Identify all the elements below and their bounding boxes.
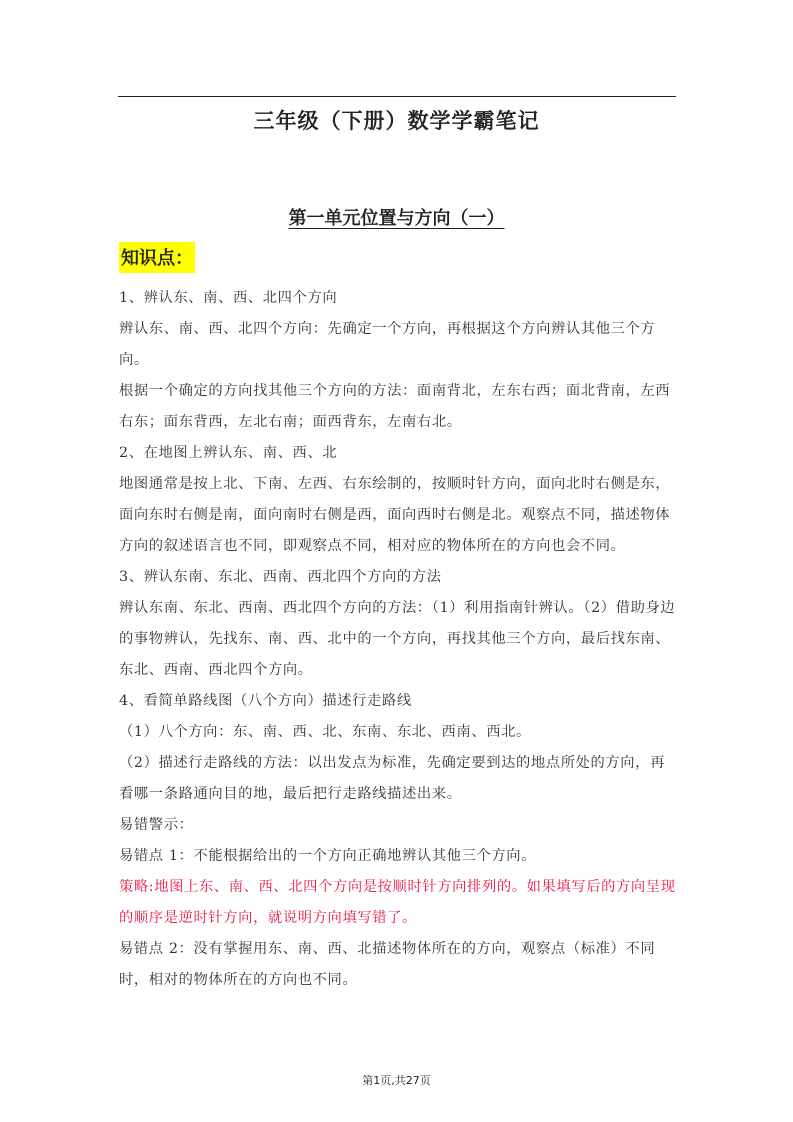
- paragraph: 3、辨认东南、东北、西南、西北四个方向的方法: [119, 562, 679, 593]
- paragraph: 根据一个确定的方向找其他三个方向的方法：面南背北，左东右西；面北背南，左西右东；…: [119, 376, 679, 438]
- strategy-paragraph: 策略:地图上东、南、西、北四个方向是按顺时针方向排列的。如果填写后的方向呈现的顺…: [119, 872, 679, 934]
- paragraph: 1、辨认东、南、西、北四个方向: [119, 283, 679, 314]
- paragraph: （1）八个方向：东、南、西、北、东南、东北、西南、西北。: [119, 717, 679, 748]
- paragraph: 2、在地图上辨认东、南、西、北: [119, 438, 679, 469]
- unit-heading: 第一单元位置与方向（一）: [0, 204, 793, 230]
- unit-heading-text: 第一单元位置与方向（一）: [289, 208, 505, 229]
- paragraph: 辨认东南、东北、西南、西北四个方向的方法：（1）利用指南针辨认。（2）借助身边的…: [119, 593, 679, 686]
- body-text: 1、辨认东、南、西、北四个方向 辨认东、南、西、北四个方向：先确定一个方向，再根…: [119, 283, 679, 996]
- paragraph: 易错点 1：不能根据给出的一个方向正确地辨认其他三个方向。: [119, 841, 679, 872]
- paragraph: 易错警示：: [119, 810, 679, 841]
- paragraph: 4、看简单路线图（八个方向）描述行走路线: [119, 686, 679, 717]
- document-title: 三年级（下册）数学学霸笔记: [0, 105, 793, 135]
- paragraph: 辨认东、南、西、北四个方向：先确定一个方向，再根据这个方向辨认其他三个方向。: [119, 314, 679, 376]
- paragraph: 易错点 2：没有掌握用东、南、西、北描述物体所在的方向，观察点（标准）不同时，相…: [119, 934, 679, 996]
- page-footer: 第1页,共27页: [0, 1072, 793, 1088]
- paragraph: 地图通常是按上北、下南、左西、右东绘制的，按顺时针方向，面向北时右侧是东，面向东…: [119, 469, 679, 562]
- knowledge-points-label: 知识点：: [119, 242, 195, 273]
- header-rule: [118, 96, 676, 97]
- paragraph: （2）描述行走路线的方法：以出发点为标准，先确定要到达的地点所处的方向，再看哪一…: [119, 748, 679, 810]
